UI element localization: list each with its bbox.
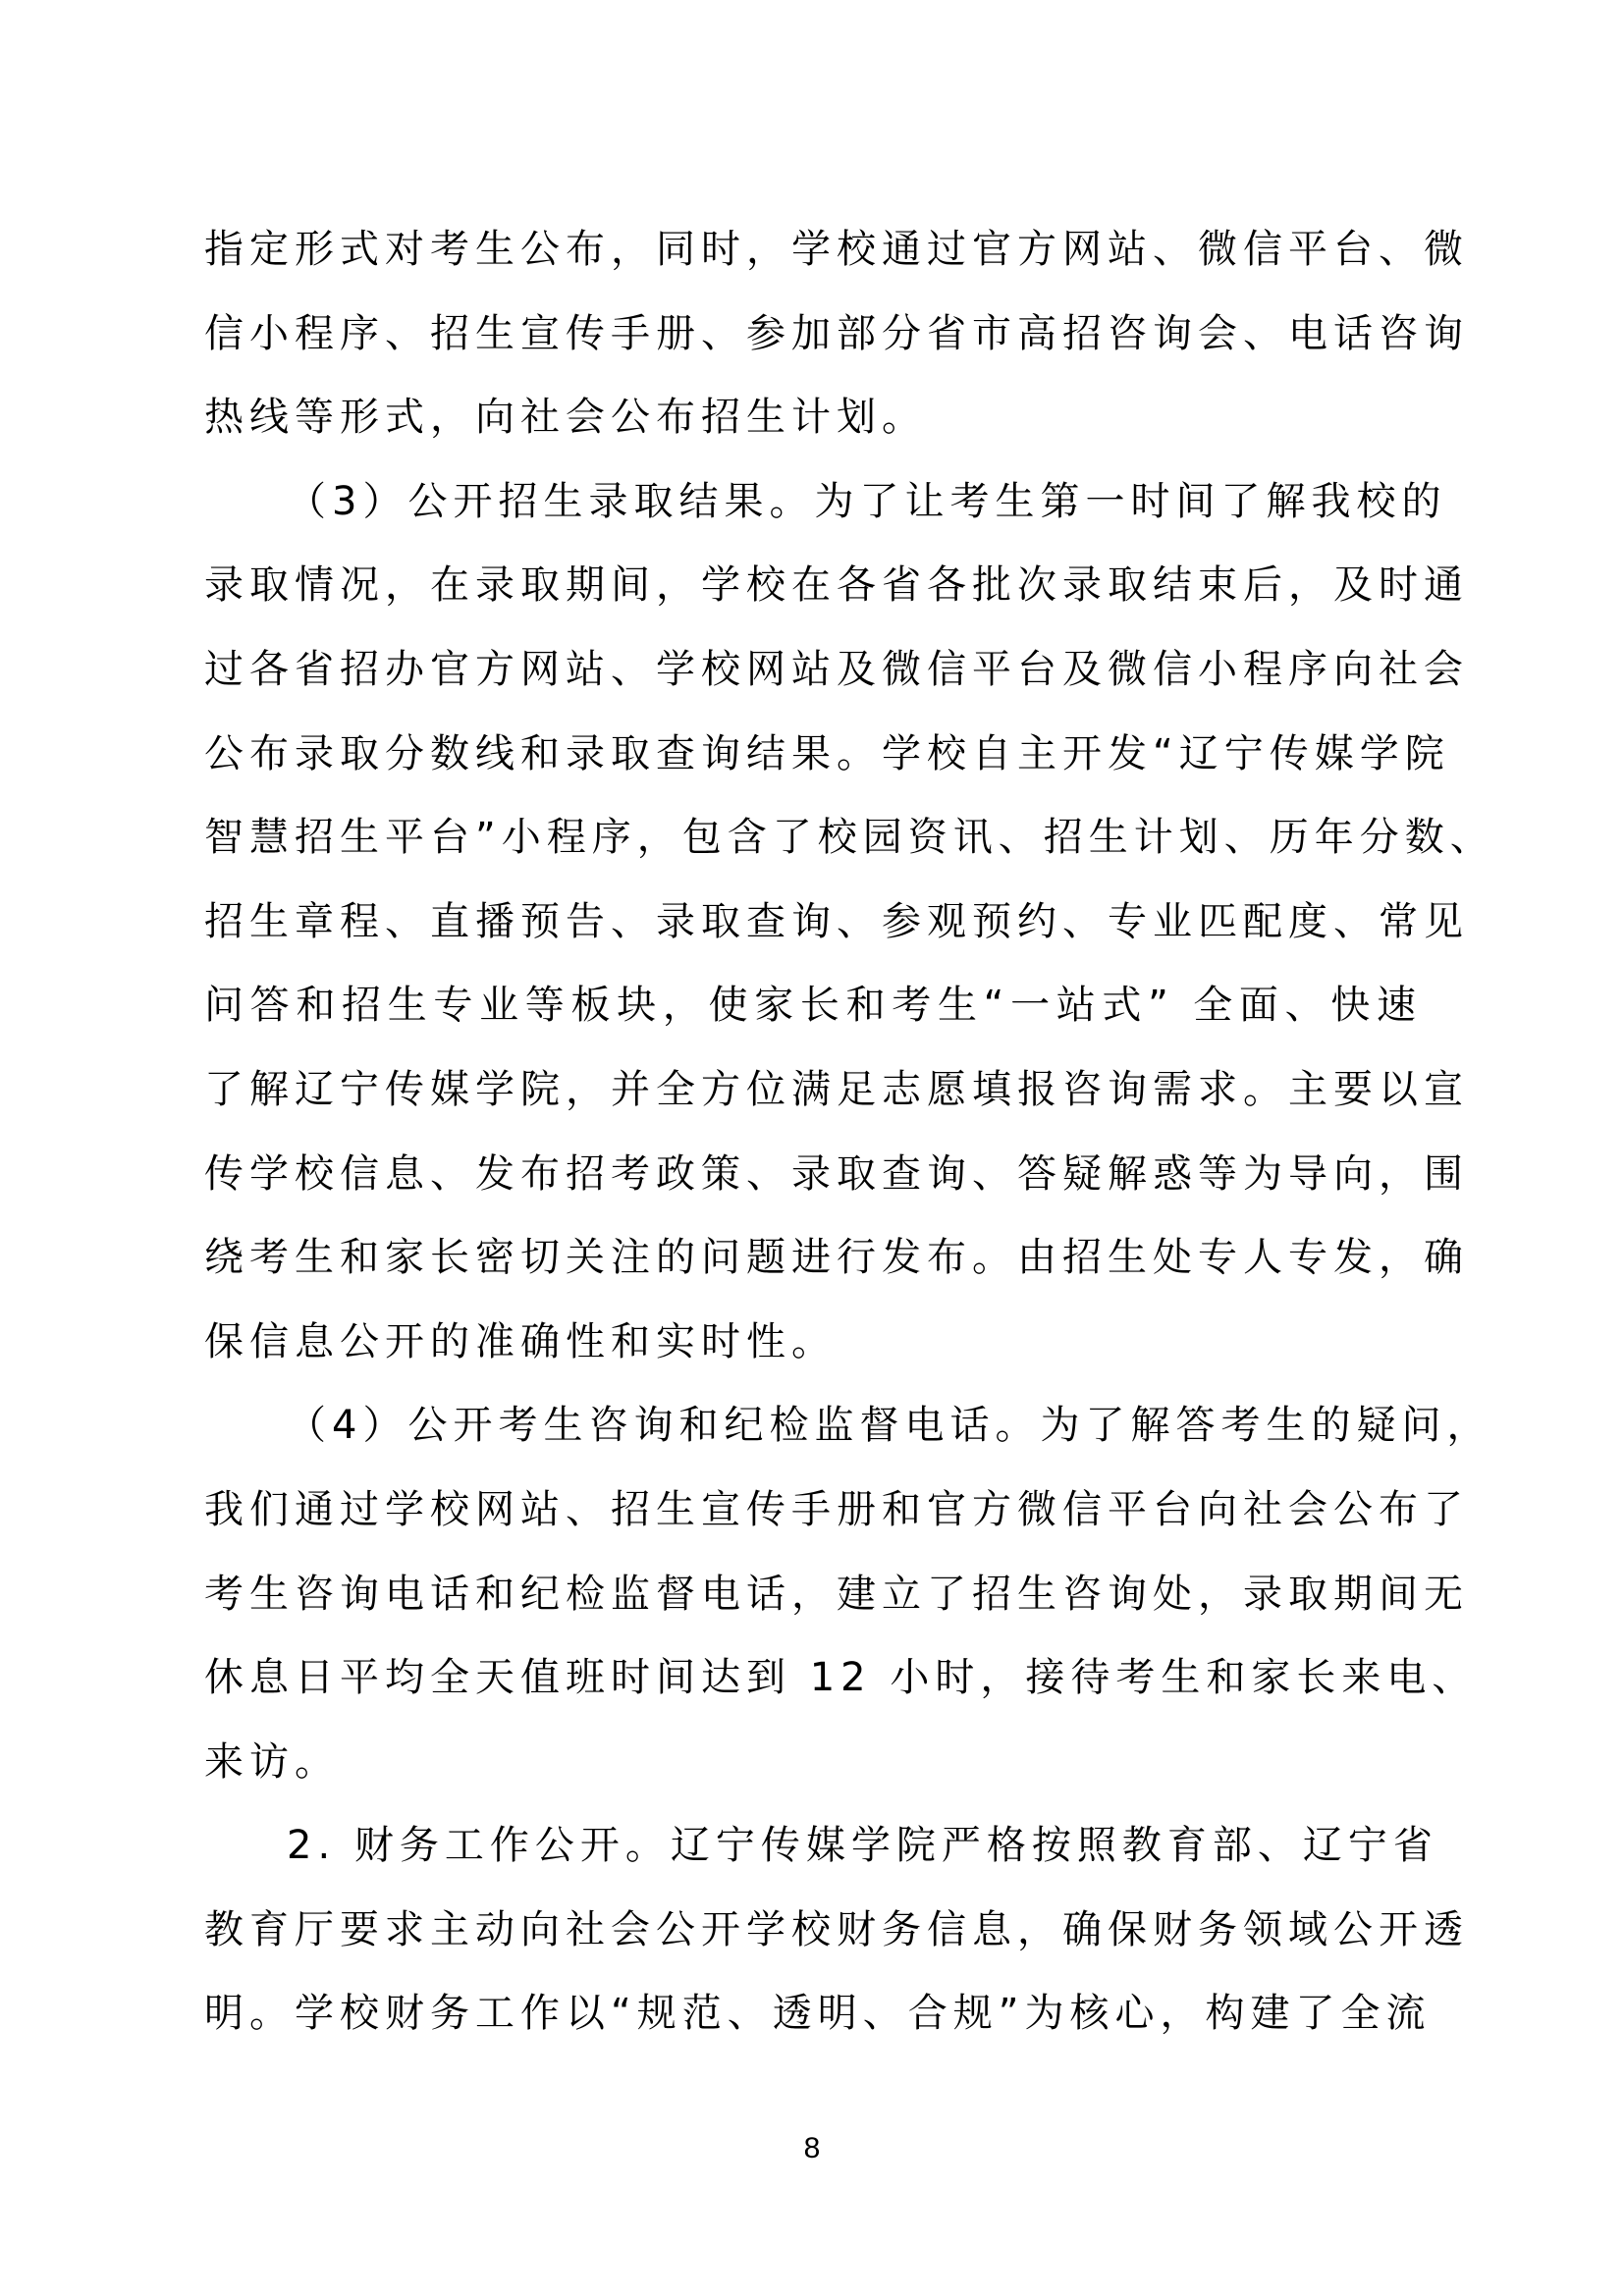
- text-line: 休息日平均全天值班时间达到 12 小时，接待考生和家长来电、: [204, 1636, 1422, 1721]
- text-line: 过各省招办官方网站、学校网站及微信平台及微信小程序向社会: [204, 628, 1422, 713]
- text-line: 明。学校财务工作以“规范、透明、合规”为核心，构建了全流: [204, 1972, 1422, 2056]
- text-line: 考生咨询电话和纪检监督电话，建立了招生咨询处，录取期间无: [204, 1553, 1422, 1637]
- page-number: 8: [0, 2132, 1624, 2165]
- text-line: 了解辽宁传媒学院，并全方位满足志愿填报咨询需求。主要以宣: [204, 1048, 1422, 1133]
- text-line: 来访。: [204, 1721, 1422, 1805]
- text-line: 传学校信息、发布招考政策、录取查询、答疑解惑等为导向，围: [204, 1133, 1422, 1217]
- text-line: 招生章程、直播预告、录取查询、参观预约、专业匹配度、常见: [204, 881, 1422, 965]
- text-line: （4）公开考生咨询和纪检监督电话。为了解答考生的疑问，: [204, 1384, 1422, 1468]
- text-line: 问答和招生专业等板块，使家长和考生“一站式” 全面、快速: [204, 964, 1422, 1048]
- paragraph-consultation-phone: （4）公开考生咨询和纪检监督电话。为了解答考生的疑问， 我们通过学校网站、招生宣…: [204, 1384, 1422, 1804]
- document-body: 指定形式对考生公布，同时，学校通过官方网站、微信平台、微 信小程序、招生宣传手册…: [204, 208, 1422, 2056]
- text-line: 热线等形式，向社会公布招生计划。: [204, 376, 1422, 460]
- text-line: 公布录取分数线和录取查询结果。学校自主开发“辽宁传媒学院: [204, 713, 1422, 797]
- paragraph-admission-results: （3）公开招生录取结果。为了让考生第一时间了解我校的 录取情况，在录取期间，学校…: [204, 460, 1422, 1385]
- text-line: 2. 财务工作公开。辽宁传媒学院严格按照教育部、辽宁省: [204, 1804, 1422, 1889]
- paragraph-continued: 指定形式对考生公布，同时，学校通过官方网站、微信平台、微 信小程序、招生宣传手册…: [204, 208, 1422, 460]
- text-line: 保信息公开的准确性和实时性。: [204, 1301, 1422, 1385]
- text-line: （3）公开招生录取结果。为了让考生第一时间了解我校的: [204, 460, 1422, 545]
- text-line: 绕考生和家长密切关注的问题进行发布。由招生处专人专发，确: [204, 1216, 1422, 1301]
- paragraph-finance-disclosure: 2. 财务工作公开。辽宁传媒学院严格按照教育部、辽宁省 教育厅要求主动向社会公开…: [204, 1804, 1422, 2056]
- text-line: 教育厅要求主动向社会公开学校财务信息，确保财务领域公开透: [204, 1889, 1422, 1973]
- text-line: 录取情况，在录取期间，学校在各省各批次录取结束后，及时通: [204, 544, 1422, 628]
- text-line: 信小程序、招生宣传手册、参加部分省市高招咨询会、电话咨询: [204, 293, 1422, 377]
- text-line: 指定形式对考生公布，同时，学校通过官方网站、微信平台、微: [204, 208, 1422, 293]
- text-line: 智慧招生平台”小程序，包含了校园资讯、招生计划、历年分数、: [204, 796, 1422, 881]
- document-page: 指定形式对考生公布，同时，学校通过官方网站、微信平台、微 信小程序、招生宣传手册…: [0, 0, 1624, 2296]
- text-line: 我们通过学校网站、招生宣传手册和官方微信平台向社会公布了: [204, 1468, 1422, 1553]
